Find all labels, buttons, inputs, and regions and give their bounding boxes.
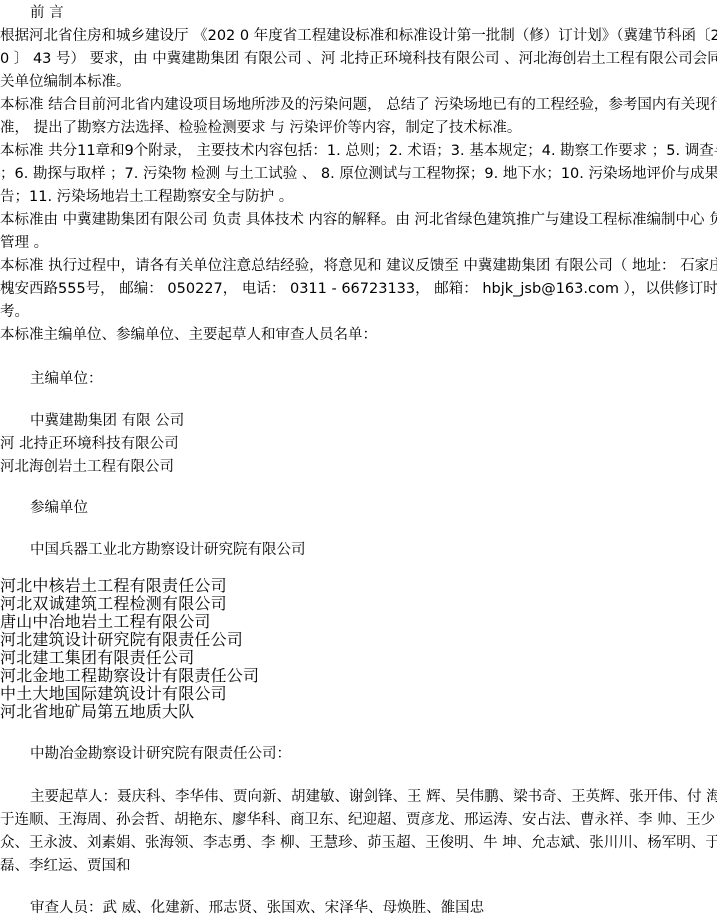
participating-unit-item: 河北建筑设计研究院有限责任公司 [0,631,243,649]
paragraph-line: 本标准 执行过程中，请各有关单位注意总结经验，将意见和 建议反馈至 中冀建勘集团… [0,255,717,277]
paragraph-line: 管理 。 [0,232,717,254]
paragraph-line: 准， 提出了勘察方法选择、检验检测要求 与 污染评价等内容，制定了技术标准。 [0,117,717,139]
paragraph-line: 告；11. 污染场地岩土工程勘察安全与防护 。 [0,186,717,208]
paragraph-line: ；6. 勘探与取样 ；7. 污染物 检测 与土工试验 、 8. 原位测试与工程物… [0,163,717,185]
participating-unit-item: 河北双诚建筑工程检测有限公司 [0,595,227,613]
participating-unit-item: 中国兵器工业北方勘察设计研究院有限公司 [30,539,306,561]
paragraph-line: 槐安西路555号， 邮编： 050227， 电话： 0311 - 6672313… [0,278,717,300]
participating-unit-item: 河北金地工程勘察设计有限责任公司 [0,667,259,685]
paragraph-line: 考。 [0,301,717,323]
preface-heading: 前 言 [30,2,64,24]
drafters-line: 众、王永波、刘素娟、张海领、李志勇、李 柳、王慧珍、茆玉超、王俊明、牛 坤、允志… [0,832,717,854]
drafters-line: 磊、李红运、贾国和 [0,855,717,877]
chief-unit-item: 河北海创岩土工程有限公司 [0,456,174,478]
chief-units-label: 主编单位： [30,368,103,390]
chief-unit-item: 河 北持正环境科技有限公司 [0,433,179,455]
participating-units-label: 参编单位 [30,497,88,519]
participating-unit-item: 唐山中冶地岩土工程有限公司 [0,613,211,631]
paragraph-line: 根据河北省住房和城乡建设厅 《202 0 年度省工程建设标准和标准设计第一批制（… [0,25,717,47]
participating-unit-item: 河北省地矿局第五地质大队 [0,703,194,721]
paragraph-line: 关单位编制本标准。 [0,71,717,93]
drafters-line: 主要起草人：聂庆科、李华伟、贾向新、胡建敏、谢剑锋、王 辉、吴伟鹏、梁书奇、王英… [30,786,717,808]
participating-unit-item: 中勘冶金勘察设计研究院有限责任公司： [30,743,291,765]
participating-unit-item: 中土大地国际建筑设计有限公司 [0,685,227,703]
reviewers-line: 审查人员：武 威、化建新、邢志贤、张国欢、宋泽华、母焕胜、雒国忠 [30,897,484,915]
paragraph-line: 本标准 共分11章和9个附录， 主要技术内容包括：1. 总则；2. 术语；3. … [0,140,717,162]
paragraph-line: 本标准由 中冀建勘集团有限公司 负责 具体技术 内容的解释。由 河北省绿色建筑推… [0,209,717,231]
paragraph-list-intro: 本标准主编单位、参编单位、主要起草人和审查人员名单： [0,324,717,346]
paragraph-line: 0 〕 43 号） 要求，由 中冀建勘集团 有限公司 、河 北持正环境科技有限公… [0,48,717,70]
chief-unit-item: 中冀建勘集团 有限 公司 [30,410,184,432]
drafters-line: 于连顺、王海周、孙会哲、胡艳东、廖华科、商卫东、纪迎超、贾彦龙、邢运涛、安占法、… [0,809,717,831]
participating-unit-item: 河北建工集团有限责任公司 [0,649,194,667]
participating-unit-item: 河北中核岩土工程有限责任公司 [0,577,227,595]
paragraph-line: 本标准 结合目前河北省内建设项目场地所涉及的污染问题， 总结了 污染场地已有的工… [0,94,717,116]
